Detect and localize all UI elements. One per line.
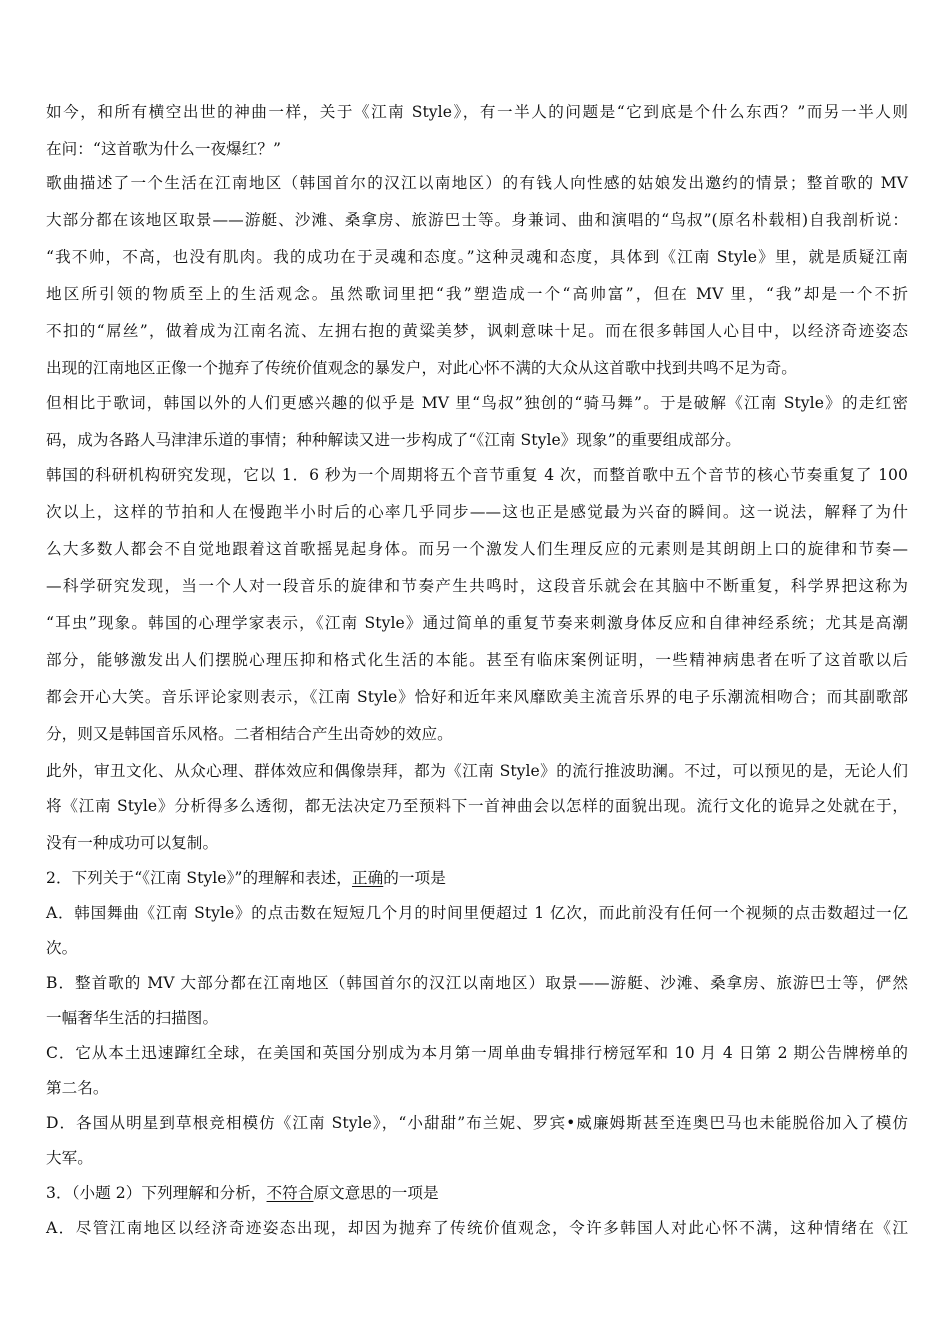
passage-line: 此外，审丑文化、从众心理、群体效应和偶像崇拜，都为《江南 Style》的流行推波… [46, 761, 908, 781]
option-b-line: B．整首歌的 MV 大部分都在江南地区（韩国首尔的汉江以南地区）取景——游艇、沙… [46, 973, 908, 993]
document-page: 如今，和所有横空出世的神曲一样，关于《江南 Style》，有一半人的问题是“它到… [0, 0, 950, 1344]
question-number: 3． [46, 1184, 72, 1202]
question-stem-text: 下列关于“《江南 Style》”的理解和表述， [72, 869, 352, 887]
passage-line: 如今，和所有横空出世的神曲一样，关于《江南 Style》，有一半人的问题是“它到… [46, 102, 908, 122]
question-stem-emphasis: 正确 [352, 869, 383, 887]
passage-line: 韩国的科研机构研究发现，它以 1．6 秒为一个周期将五个音节重复 4 次，而整首… [46, 465, 908, 485]
option-a-line: 次。 [46, 938, 908, 958]
passage-line: 分，则又是韩国音乐风格。二者相结合产生出奇妙的效应。 [46, 724, 908, 744]
passage-line: 但相比于歌词，韩国以外的人们更感兴趣的似乎是 MV 里“鸟叔”独创的“骑马舞”。… [46, 393, 908, 413]
passage-line: 将《江南 Style》分析得多么透彻，都无法决定乃至预料下一首神曲会以怎样的面貌… [46, 796, 908, 816]
passage-line: 都会开心大笑。音乐评论家则表示，《江南 Style》恰好和近年来风靡欧美主流音乐… [46, 687, 908, 707]
passage-line: 么大多数人都会不自觉地跟着这首歌摇晃起身体。而另一个激发人们生理反应的元素则是其… [46, 539, 908, 559]
option-a-line: A．韩国舞曲《江南 Style》的点击数在短短几个月的时间里便超过 1 亿次，而… [46, 903, 908, 923]
passage-line: 歌曲描述了一个生活在江南地区（韩国首尔的汉江以南地区）的有钱人向性感的姑娘发出邀… [46, 173, 908, 193]
question-3-stem: 3．（小题 2）下列理解和分析，不符合原文意思的一项是 [46, 1183, 908, 1203]
passage-line: 大部分都在该地区取景——游艇、沙滩、桑拿房、旅游巴士等。身兼词、曲和演唱的“鸟叔… [46, 210, 908, 230]
question-stem-text: 的一项是 [383, 869, 446, 887]
option-d-line: 大军。 [46, 1148, 908, 1168]
passage-line: 没有一种成功可以复制。 [46, 833, 908, 853]
option-c-line: 第二名。 [46, 1078, 908, 1098]
passage-line: 次以上，这样的节拍和人在慢跑半小时后的心率几乎同步——这也正是感觉最为兴奋的瞬间… [46, 502, 908, 522]
option-b-line: 一幅奢华生活的扫描图。 [46, 1008, 908, 1028]
passage-line: 出现的江南地区正像一个抛弃了传统价值观念的暴发户，对此心怀不满的大众从这首歌中找… [46, 358, 908, 378]
question-stem-text: 原文意思的一项是 [313, 1184, 438, 1202]
passage-line: 在问：“这首歌为什么一夜爆红？” [46, 139, 908, 159]
question-number: 2． [46, 869, 72, 887]
question-2-stem: 2．下列关于“《江南 Style》”的理解和表述，正确的一项是 [46, 868, 908, 888]
passage-line: 不扣的“屌丝”，做着成为江南名流、左拥右抱的黄粱美梦，讽刺意味十足。而在很多韩国… [46, 321, 908, 341]
option-d-line: D．各国从明星到草根竞相模仿《江南 Style》，“小甜甜”布兰妮、罗宾•威廉姆… [46, 1113, 908, 1133]
option-c-line: C．它从本土迅速蹿红全球，在美国和英国分别成为本月第一周单曲专辑排行榜冠军和 1… [46, 1043, 908, 1063]
passage-line: 部分，能够激发出人们摆脱心理压抑和格式化生活的本能。甚至有临床案例证明，一些精神… [46, 650, 908, 670]
passage-line: —科学研究发现，当一个人对一段音乐的旋律和节奏产生共鸣时，这段音乐就会在其脑中不… [46, 576, 908, 596]
option-a-line: A．尽管江南地区以经济奇迹姿态出现，却因为抛弃了传统价值观念，令许多韩国人对此心… [46, 1218, 908, 1238]
passage-line: “我不帅，不高，也没有肌肉。我的成功在于灵魂和态度。”这种灵魂和态度，具体到《江… [46, 247, 908, 267]
question-stem-emphasis: 不符合 [267, 1184, 314, 1202]
passage-line: 码，成为各路人马津津乐道的事情；种种解读又进一步构成了“《江南 Style》现象… [46, 430, 908, 450]
question-stem-text: （小题 2）下列理解和分析， [72, 1184, 267, 1202]
passage-line: “耳虫”现象。韩国的心理学家表示，《江南 Style》通过简单的重复节奏来刺激身… [46, 613, 908, 633]
passage-line: 地区所引领的物质至上的生活观念。虽然歌词里把“我”塑造成一个“高帅富”，但在 M… [46, 284, 908, 304]
